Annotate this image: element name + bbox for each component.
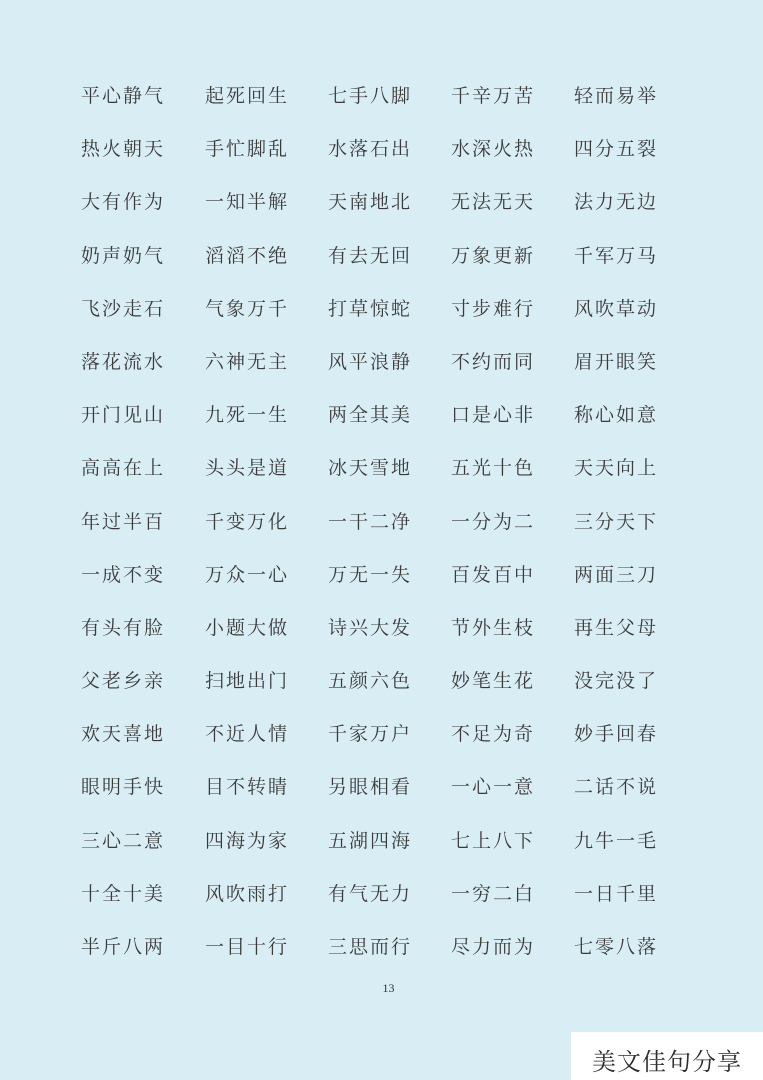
idiom-cell: 一成不变 (81, 562, 165, 588)
idiom-cell: 十全十美 (81, 881, 165, 907)
idiom-cell: 奶声奶气 (81, 243, 165, 269)
idiom-cell: 手忙脚乱 (205, 136, 289, 162)
idiom-cell: 三思而行 (328, 934, 412, 960)
idiom-row: 父老乡亲 扫地出门 五颜六色 妙笔生花 没完没了 (81, 668, 701, 721)
page-number: 13 (0, 981, 763, 996)
idiom-cell: 一知半解 (205, 189, 289, 215)
idiom-row: 飞沙走石 气象万千 打草惊蛇 寸步难行 风吹草动 (81, 296, 701, 349)
idiom-cell: 天天向上 (574, 455, 658, 481)
idiom-cell: 打草惊蛇 (328, 296, 412, 322)
idiom-row: 年过半百 千变万化 一干二净 一分为二 三分天下 (81, 509, 701, 562)
idiom-cell: 一分为二 (451, 509, 535, 535)
idiom-cell: 七零八落 (574, 934, 658, 960)
idiom-cell: 眉开眼笑 (574, 349, 658, 375)
idiom-cell: 眼明手快 (81, 774, 165, 800)
idiom-cell: 两面三刀 (574, 562, 658, 588)
idiom-row: 奶声奶气 滔滔不绝 有去无回 万象更新 千军万马 (81, 243, 701, 296)
idiom-row: 大有作为 一知半解 天南地北 无法无天 法力无边 (81, 189, 701, 242)
idiom-cell: 开门见山 (81, 402, 165, 428)
idiom-cell: 千军万马 (574, 243, 658, 269)
idiom-cell: 欢天喜地 (81, 721, 165, 747)
idiom-cell: 扫地出门 (205, 668, 289, 694)
idiom-cell: 目不转睛 (205, 774, 289, 800)
idiom-row: 三心二意 四海为家 五湖四海 七上八下 九牛一毛 (81, 828, 701, 881)
idiom-cell: 气象万千 (205, 296, 289, 322)
idiom-cell: 平心静气 (81, 83, 165, 109)
idiom-cell: 口是心非 (451, 402, 535, 428)
idiom-cell: 不近人情 (205, 721, 289, 747)
idiom-cell: 轻而易举 (574, 83, 658, 109)
idiom-cell: 万无一失 (328, 562, 412, 588)
idiom-cell: 百发百中 (451, 562, 535, 588)
idiom-cell: 有头有脸 (81, 615, 165, 641)
idiom-cell: 千辛万苦 (451, 83, 535, 109)
idiom-cell: 千家万户 (328, 721, 412, 747)
watermark-label: 美文佳句分享 (592, 1042, 742, 1077)
idiom-cell: 滔滔不绝 (205, 243, 289, 269)
idiom-cell: 称心如意 (574, 402, 658, 428)
idiom-cell: 尽力而为 (451, 934, 535, 960)
idiom-cell: 九死一生 (205, 402, 289, 428)
idiom-cell: 无法无天 (451, 189, 535, 215)
watermark-badge: 美文佳句分享 (571, 1032, 763, 1080)
idiom-cell: 千变万化 (205, 509, 289, 535)
idiom-cell: 七上八下 (451, 828, 535, 854)
idiom-cell: 再生父母 (574, 615, 658, 641)
idiom-cell: 热火朝天 (81, 136, 165, 162)
idiom-cell: 万众一心 (205, 562, 289, 588)
idiom-cell: 法力无边 (574, 189, 658, 215)
idiom-row: 十全十美 风吹雨打 有气无力 一穷二白 一日千里 (81, 881, 701, 934)
idiom-cell: 两全其美 (328, 402, 412, 428)
idiom-cell: 一干二净 (328, 509, 412, 535)
idiom-cell: 一心一意 (451, 774, 535, 800)
idiom-cell: 不足为奇 (451, 721, 535, 747)
idiom-row: 一成不变 万众一心 万无一失 百发百中 两面三刀 (81, 562, 701, 615)
idiom-cell: 万象更新 (451, 243, 535, 269)
idiom-row: 欢天喜地 不近人情 千家万户 不足为奇 妙手回春 (81, 721, 701, 774)
idiom-cell: 大有作为 (81, 189, 165, 215)
idiom-cell: 节外生枝 (451, 615, 535, 641)
idiom-cell: 妙笔生花 (451, 668, 535, 694)
idiom-cell: 水落石出 (328, 136, 412, 162)
idiom-cell: 另眼相看 (328, 774, 412, 800)
idiom-row: 有头有脸 小题大做 诗兴大发 节外生枝 再生父母 (81, 615, 701, 668)
idiom-row: 平心静气 起死回生 七手八脚 千辛万苦 轻而易举 (81, 83, 701, 136)
idiom-cell: 小题大做 (205, 615, 289, 641)
idiom-cell: 没完没了 (574, 668, 658, 694)
idiom-row: 眼明手快 目不转睛 另眼相看 一心一意 二话不说 (81, 774, 701, 827)
idiom-cell: 寸步难行 (451, 296, 535, 322)
idiom-cell: 三心二意 (81, 828, 165, 854)
idiom-row: 热火朝天 手忙脚乱 水落石出 水深火热 四分五裂 (81, 136, 701, 189)
idiom-cell: 风吹草动 (574, 296, 658, 322)
idiom-cell: 三分天下 (574, 509, 658, 535)
idiom-cell: 天南地北 (328, 189, 412, 215)
idiom-cell: 五光十色 (451, 455, 535, 481)
idiom-cell: 六神无主 (205, 349, 289, 375)
idiom-cell: 父老乡亲 (81, 668, 165, 694)
idiom-cell: 头头是道 (205, 455, 289, 481)
idiom-cell: 半斤八两 (81, 934, 165, 960)
idiom-cell: 不约而同 (451, 349, 535, 375)
idiom-cell: 妙手回春 (574, 721, 658, 747)
idiom-cell: 二话不说 (574, 774, 658, 800)
idiom-grid: 平心静气 起死回生 七手八脚 千辛万苦 轻而易举 热火朝天 手忙脚乱 水落石出 … (81, 83, 701, 987)
idiom-cell: 高高在上 (81, 455, 165, 481)
idiom-cell: 有气无力 (328, 881, 412, 907)
idiom-cell: 年过半百 (81, 509, 165, 535)
idiom-cell: 九牛一毛 (574, 828, 658, 854)
idiom-cell: 飞沙走石 (81, 296, 165, 322)
idiom-cell: 风平浪静 (328, 349, 412, 375)
idiom-cell: 有去无回 (328, 243, 412, 269)
document-page: 平心静气 起死回生 七手八脚 千辛万苦 轻而易举 热火朝天 手忙脚乱 水落石出 … (0, 0, 763, 1080)
idiom-cell: 水深火热 (451, 136, 535, 162)
idiom-cell: 五颜六色 (328, 668, 412, 694)
idiom-cell: 四分五裂 (574, 136, 658, 162)
idiom-cell: 七手八脚 (328, 83, 412, 109)
idiom-cell: 一日千里 (574, 881, 658, 907)
idiom-row: 落花流水 六神无主 风平浪静 不约而同 眉开眼笑 (81, 349, 701, 402)
idiom-cell: 冰天雪地 (328, 455, 412, 481)
idiom-row: 高高在上 头头是道 冰天雪地 五光十色 天天向上 (81, 455, 701, 508)
idiom-cell: 一穷二白 (451, 881, 535, 907)
idiom-row: 半斤八两 一目十行 三思而行 尽力而为 七零八落 (81, 934, 701, 987)
idiom-cell: 四海为家 (205, 828, 289, 854)
idiom-cell: 风吹雨打 (205, 881, 289, 907)
idiom-cell: 一目十行 (205, 934, 289, 960)
idiom-cell: 起死回生 (205, 83, 289, 109)
idiom-row: 开门见山 九死一生 两全其美 口是心非 称心如意 (81, 402, 701, 455)
idiom-cell: 诗兴大发 (328, 615, 412, 641)
idiom-cell: 五湖四海 (328, 828, 412, 854)
idiom-cell: 落花流水 (81, 349, 165, 375)
